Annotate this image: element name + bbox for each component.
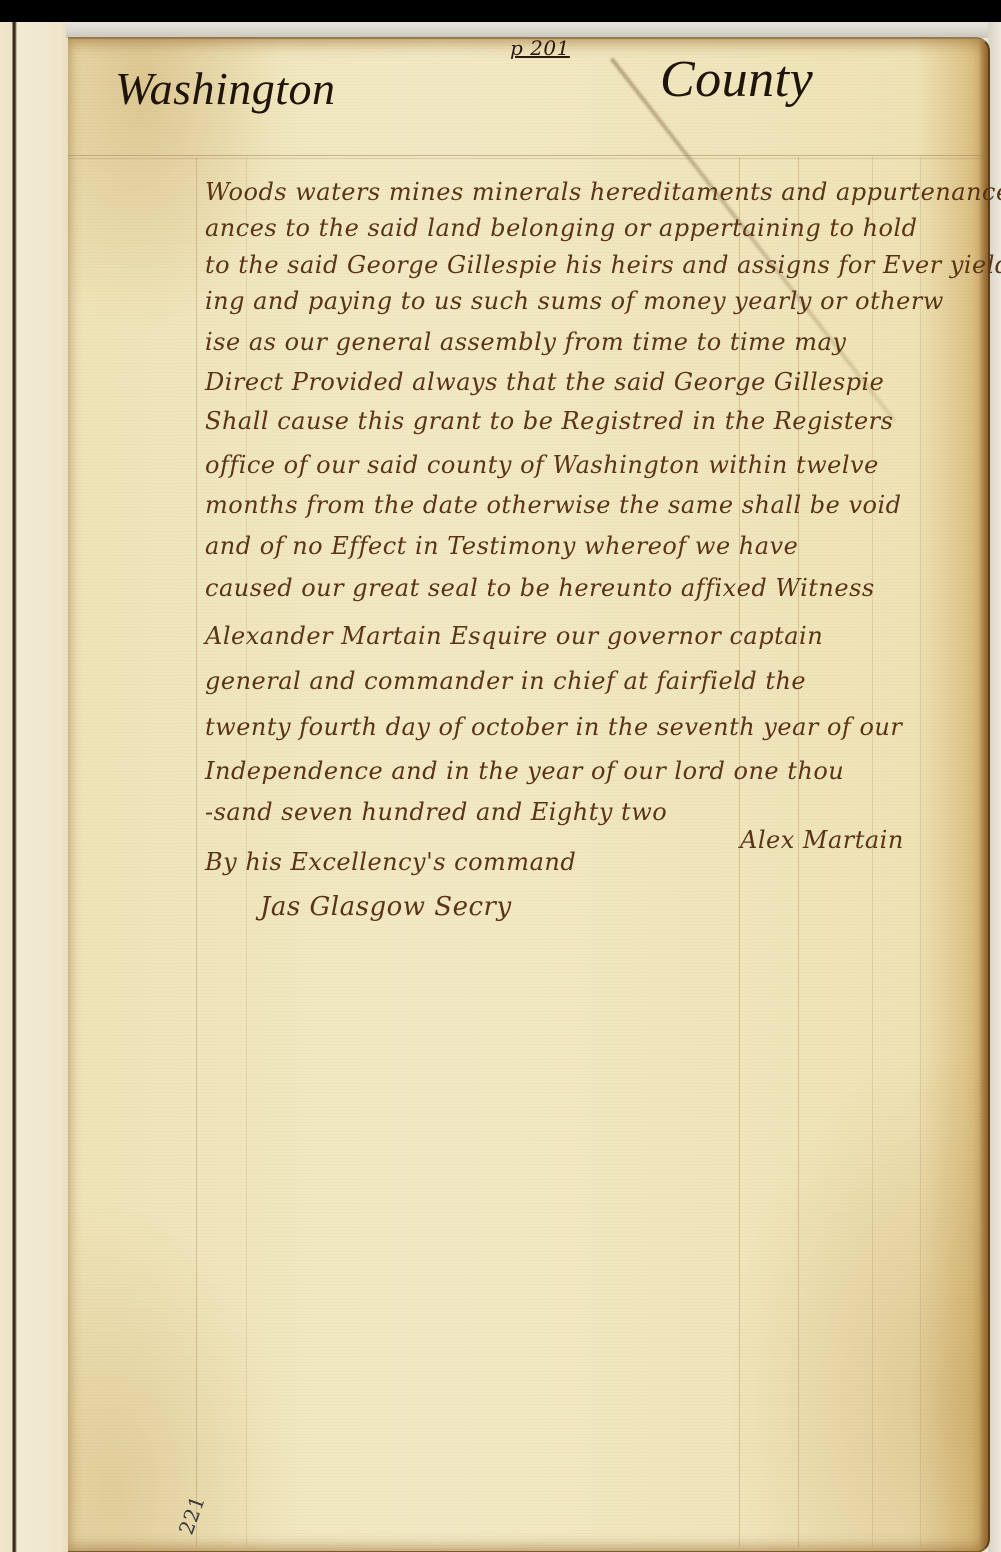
page-reference: p 201 [510, 36, 570, 60]
body-line: caused our great seal to be hereunto aff… [205, 574, 875, 602]
body-line: months from the date otherwise the same … [205, 491, 902, 519]
body-line: ing and paying to us such sums of money … [205, 287, 944, 315]
body-line: Woods waters mines minerals hereditament… [205, 178, 1001, 206]
body-line: twenty fourth day of october in the seve… [205, 713, 902, 741]
governor-signature: Alex Martain [740, 826, 904, 854]
body-line: Alexander Martain Esquire our governor c… [205, 622, 823, 650]
body-line: Shall cause this grant to be Registred i… [205, 407, 893, 435]
header-rule [68, 155, 986, 156]
body-line: Independence and in the year of our lord… [205, 757, 844, 785]
body-line: to the said George Gillespie his heirs a… [205, 251, 1001, 279]
header-county-label: County [660, 50, 813, 109]
body-line: general and commander in chief at fairfi… [205, 667, 806, 695]
body-line: ise as our general assembly from time to… [205, 328, 846, 356]
body-line: office of our said county of Washington … [205, 451, 879, 479]
body-line: Direct Provided always that the said Geo… [205, 368, 884, 396]
body-line: ances to the said land belonging or appe… [205, 214, 918, 242]
column-rule-4 [920, 157, 921, 1547]
secretary-signature: Jas Glasgow Secry [260, 892, 512, 922]
margin-rule-left [196, 157, 197, 1547]
body-line: -sand seven hundred and Eighty two [205, 798, 667, 826]
body-line: and of no Effect in Testimony whereof we… [205, 532, 798, 560]
attestation-line: By his Excellency's command [205, 848, 576, 876]
header-county-name: Washington [115, 62, 336, 115]
header-rule-secondary [68, 158, 986, 159]
